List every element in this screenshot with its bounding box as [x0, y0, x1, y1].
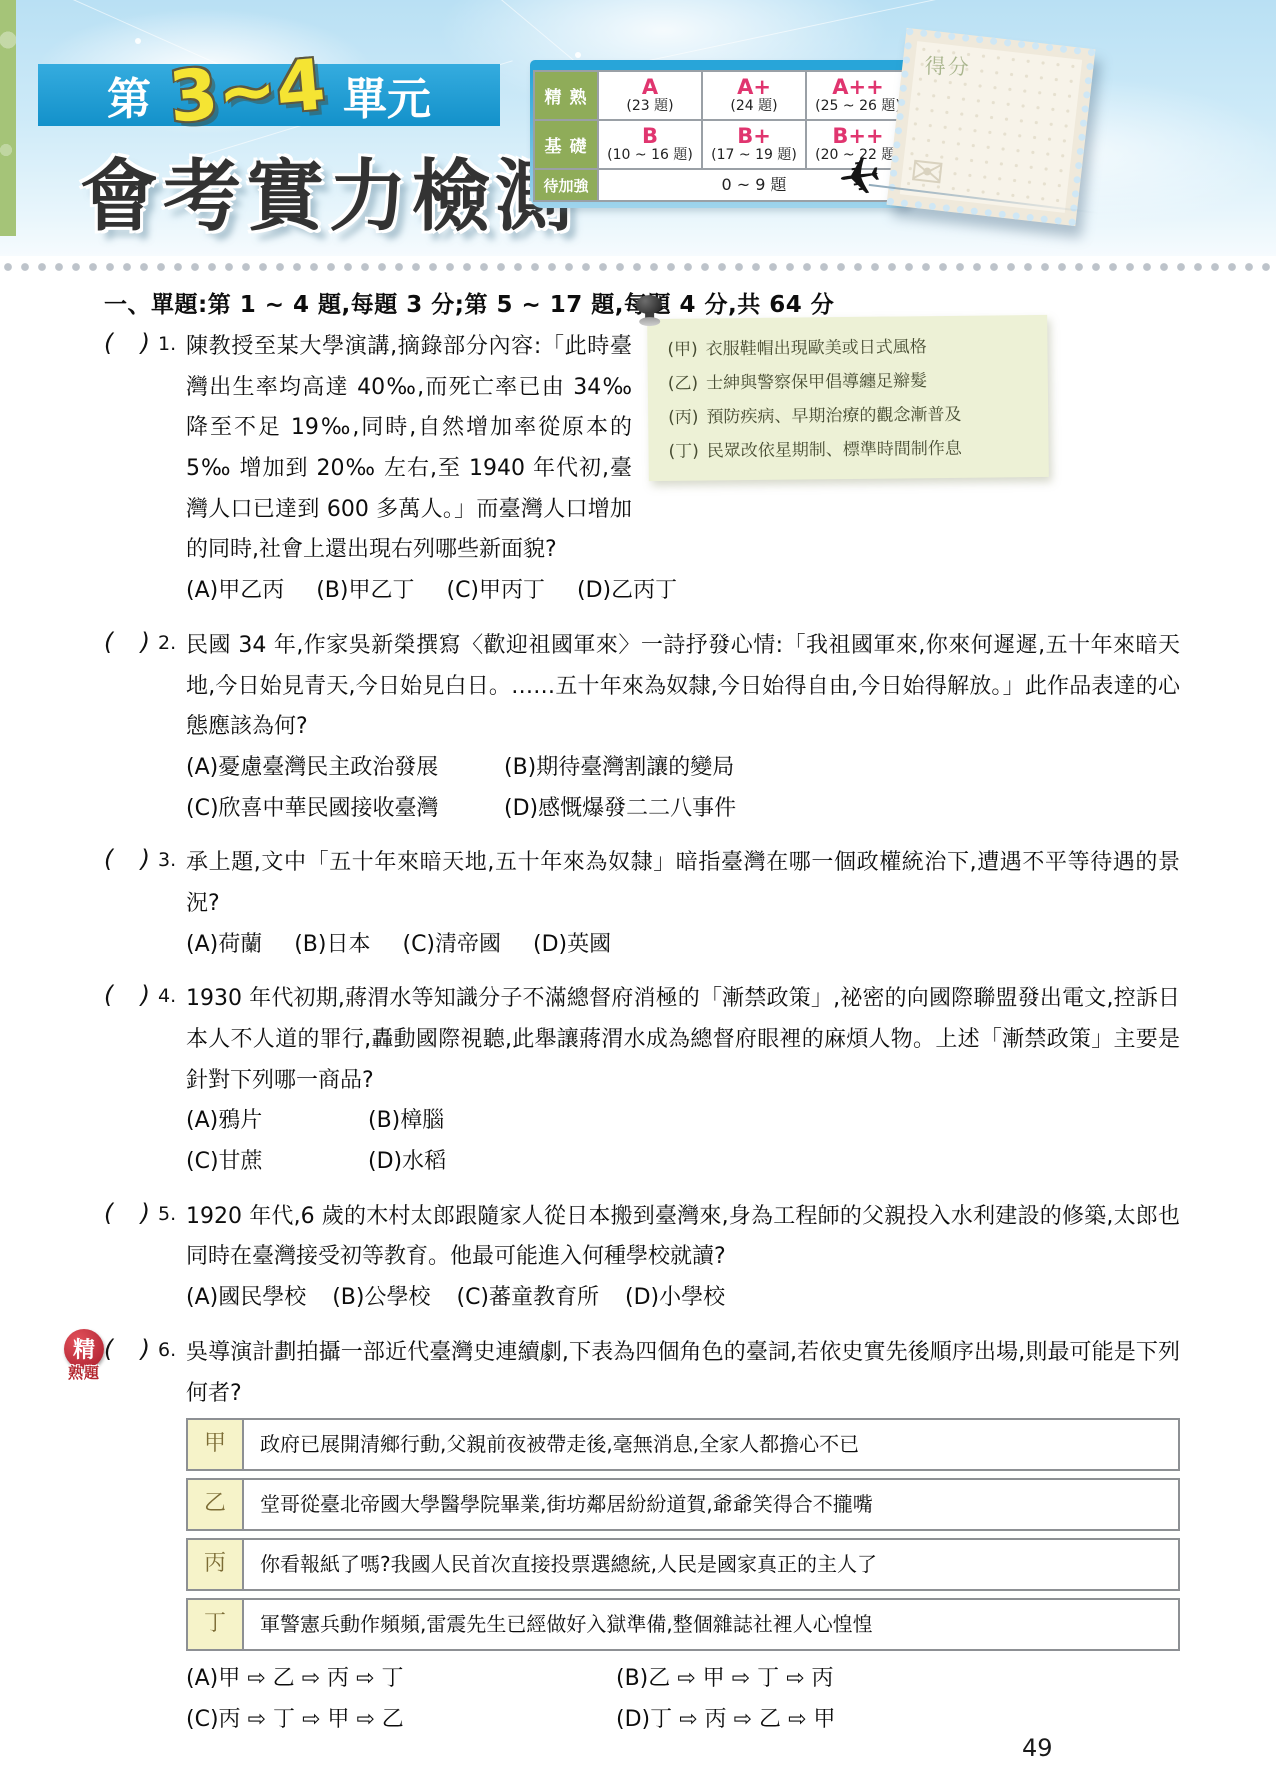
dialogue-table: 甲 政府已展開清鄉行動,父親前夜被帶走後,毫無消息,全家人都擔心不已 乙 堂哥從…	[186, 1418, 1180, 1651]
question-6: 精 熟題 () 6. 吳導演計劃拍攝一部近代臺灣史連續劇,下表為四個角色的臺詞,…	[104, 1333, 1180, 1741]
question-number: 2.	[158, 626, 186, 829]
option-c: (C)丙 ⇨ 丁 ⇨ 甲 ⇨ 乙	[186, 1700, 584, 1741]
question-number: 3.	[158, 843, 186, 965]
table-row: 丙 你看報紙了嗎?我國人民首次直接投票選總統,人民是國家真正的主人了	[186, 1538, 1180, 1591]
question-body: 1930 年代初期,蔣渭水等知識分子不滿總督府消極的「漸禁政策」,祕密的向國際聯…	[186, 979, 1180, 1182]
note-item-key: (丙)	[668, 401, 699, 435]
mastery-badge: 精 熟題	[56, 1329, 112, 1383]
question-body: 承上題,文中「五十年來暗天地,五十年來為奴隸」暗指臺灣在哪一個政權統治下,遭遇不…	[186, 843, 1180, 965]
table-row-key: 乙	[188, 1480, 244, 1529]
network-dot-decoration	[575, 52, 581, 58]
note-paper: (甲) 衣服鞋帽出現歐美或日式風格 (乙) 士紳與警察保甲倡導纏足辮髮 (丙) …	[647, 315, 1049, 481]
grade-cell: B (10 ~ 16 題)	[598, 120, 702, 169]
question-number: 6.	[158, 1333, 186, 1741]
bracket-close: )	[141, 329, 150, 612]
grade-row-label: 待加強	[534, 169, 598, 201]
question-text: 承上題,文中「五十年來暗天地,五十年來為奴隸」暗指臺灣在哪一個政權統治下,遭遇不…	[186, 843, 1180, 924]
unit-suffix: 單元	[343, 63, 431, 127]
grade-count: (23 題)	[599, 98, 701, 115]
answer-bracket: ()	[104, 327, 150, 612]
answer-bracket: ()	[104, 843, 150, 965]
grade-cell: A++ (25 ~ 26 題)	[806, 71, 910, 120]
table-row-text: 你看報紙了嗎?我國人民首次直接投票選總統,人民是國家真正的主人了	[244, 1540, 887, 1589]
grade-letter: B+	[703, 125, 805, 147]
mastery-badge-label: 熟題	[56, 1362, 112, 1383]
left-edge-decoration	[0, 0, 16, 236]
option-b: (B)期待臺灣割讓的變局	[504, 748, 1180, 789]
option-b: (B)日本	[294, 925, 370, 966]
bracket-open: (	[104, 981, 113, 1182]
option-c: (C)蕃童教育所	[456, 1278, 599, 1319]
option-d: (D)水稻	[368, 1142, 1180, 1183]
note-item-key: (丁)	[668, 435, 699, 469]
question-4: () 4. 1930 年代初期,蔣渭水等知識分子不滿總督府消極的「漸禁政策」,祕…	[104, 979, 1180, 1182]
option-a: (A)憂慮臺灣民主政治發展	[186, 748, 472, 789]
note-item-key: (乙)	[668, 367, 699, 401]
bracket-close: )	[141, 845, 150, 965]
grade-letter: A+	[703, 76, 805, 98]
note-item: (丙) 預防疾病、早期治療的觀念漸普及	[668, 397, 1032, 435]
table-row: 甲 政府已展開清鄉行動,父親前夜被帶走後,毫無消息,全家人都擔心不已	[186, 1418, 1180, 1471]
question-text: 吳導演計劃拍攝一部近代臺灣史連續劇,下表為四個角色的臺詞,若依史實先後順序出場,…	[186, 1333, 1180, 1414]
option-b: (B)公學校	[332, 1278, 430, 1319]
bracket-open: (	[104, 628, 113, 829]
page-header: 第 3~4 單元 會考實力檢測 精 熟 A (23 題) A+ (24 題)	[0, 0, 1276, 256]
workbook-page: 第 3~4 單元 會考實力檢測 精 熟 A (23 題) A+ (24 題)	[0, 0, 1276, 1790]
grade-row-label: 精 熟	[534, 71, 598, 120]
question-text: 1930 年代初期,蔣渭水等知識分子不滿總督府消極的「漸禁政策」,祕密的向國際聯…	[186, 979, 1180, 1101]
option-c: (C)甘蔗	[186, 1142, 336, 1183]
grade-cell: B+ (17 ~ 19 題)	[702, 120, 806, 169]
table-row: 乙 堂哥從臺北帝國大學醫學院畢業,街坊鄰居紛紛道賀,爺爺笑得合不攏嘴	[186, 1478, 1180, 1531]
grade-count: (17 ~ 19 題)	[703, 147, 805, 164]
options-row: (A)甲 ⇨ 乙 ⇨ 丙 ⇨ 丁 (B)乙 ⇨ 甲 ⇨ 丁 ⇨ 丙	[186, 1659, 1180, 1700]
note-item-text: 士紳與警察保甲倡導纏足辮髮	[706, 364, 927, 400]
grade-count: (25 ~ 26 題)	[807, 98, 909, 115]
question-2: () 2. 民國 34 年,作家吳新榮撰寫〈歡迎祖國軍來〉一詩抒發心情:「我祖國…	[104, 626, 1180, 829]
question-body: 1920 年代,6 歲的木村太郎跟隨家人從日本搬到臺灣來,身為工程師的父親投入水…	[186, 1197, 1180, 1319]
option-a: (A)甲乙丙	[186, 571, 284, 612]
question-section: 一、單題:第 1 ~ 4 題,每題 3 分;第 5 ~ 17 題,每題 4 分,…	[0, 276, 1276, 1741]
option-d: (D)丁 ⇨ 丙 ⇨ 乙 ⇨ 甲	[616, 1700, 1180, 1741]
unit-prefix: 第	[107, 63, 151, 127]
network-line-decoration	[643, 0, 937, 62]
unit-banner: 第 3~4 單元	[38, 64, 500, 126]
option-a: (A)荷蘭	[186, 925, 262, 966]
grade-row-label: 基 礎	[534, 120, 598, 169]
note-item-text: 民眾改依星期制、標準時間制作息	[707, 432, 962, 469]
table-row: 丁 軍警憲兵動作頻頻,雷震先生已經做好入獄準備,整個雜誌社裡人心惶惶	[186, 1598, 1180, 1651]
bracket-open: (	[104, 1199, 113, 1319]
answer-bracket: ()	[104, 979, 150, 1182]
grade-count: (10 ~ 16 題)	[599, 147, 701, 164]
pushpin-icon	[635, 295, 663, 326]
question-text: 1920 年代,6 歲的木村太郎跟隨家人從日本搬到臺灣來,身為工程師的父親投入水…	[186, 1197, 1180, 1278]
bracket-open: (	[104, 329, 113, 612]
answer-bracket: ()	[104, 626, 150, 829]
options-row: (A)國民學校 (B)公學校 (C)蕃童教育所 (D)小學校	[186, 1278, 1180, 1319]
options-row: (C)欣喜中華民國接收臺灣 (D)感慨爆發二二八事件	[186, 789, 1180, 830]
question-1: () 1. (甲) 衣服鞋帽出現歐美或日式風格 (乙) 士紳與警察保甲倡導纏足辮…	[104, 327, 1180, 612]
option-d: (D)感慨爆發二二八事件	[504, 789, 1180, 830]
bracket-open: (	[104, 1335, 113, 1741]
answer-bracket: ()	[104, 1197, 150, 1319]
table-row-key: 丙	[188, 1540, 244, 1589]
table-row-key: 丁	[188, 1600, 244, 1649]
option-c: (C)甲丙丁	[446, 571, 545, 612]
envelope-icon: ✉	[908, 151, 946, 195]
option-c: (C)欣喜中華民國接收臺灣	[186, 789, 472, 830]
grade-letter: A++	[807, 76, 909, 98]
grade-cell: A (23 題)	[598, 71, 702, 120]
grade-cell: A+ (24 題)	[702, 71, 806, 120]
page-number: 49	[1022, 1734, 1053, 1762]
score-stamp-inner: 得分 ✉	[900, 41, 1082, 213]
option-d: (D)小學校	[625, 1278, 725, 1319]
score-label: 得分	[924, 50, 971, 81]
grade-letter: A	[599, 76, 701, 98]
table-row-key: 甲	[188, 1420, 244, 1469]
note-item-text: 衣服鞋帽出現歐美或日式風格	[706, 330, 927, 366]
note-item-text: 預防疾病、早期治療的觀念漸普及	[706, 398, 961, 435]
answer-bracket: ()	[104, 1333, 150, 1741]
table-row-text: 軍警憲兵動作頻頻,雷震先生已經做好入獄準備,整個雜誌社裡人心惶惶	[244, 1600, 883, 1649]
dotted-divider	[0, 258, 1276, 276]
grade-row-proficient: 精 熟 A (23 題) A+ (24 題) A++ (25 ~ 26 題)	[534, 71, 910, 120]
question-number: 5.	[158, 1197, 186, 1319]
question-body: 吳導演計劃拍攝一部近代臺灣史連續劇,下表為四個角色的臺詞,若依史實先後順序出場,…	[186, 1333, 1180, 1741]
option-d: (D)英國	[533, 925, 611, 966]
question-number: 4.	[158, 979, 186, 1182]
question-body: 民國 34 年,作家吳新榮撰寫〈歡迎祖國軍來〉一詩抒發心情:「我祖國軍來,你來何…	[186, 626, 1180, 829]
options-row: (C)甘蔗 (D)水稻	[186, 1142, 1180, 1183]
option-a: (A)甲 ⇨ 乙 ⇨ 丙 ⇨ 丁	[186, 1659, 584, 1700]
option-c: (C)清帝國	[402, 925, 501, 966]
question-text: 民國 34 年,作家吳新榮撰寫〈歡迎祖國軍來〉一詩抒發心情:「我祖國軍來,你來何…	[186, 626, 1180, 748]
note-item: (甲) 衣服鞋帽出現歐美或日式風格	[667, 329, 1031, 367]
option-a: (A)鴉片	[186, 1101, 336, 1142]
note-item-key: (甲)	[667, 333, 698, 367]
score-stamp: 得分 ✉	[887, 28, 1096, 226]
table-row-text: 政府已展開清鄉行動,父親前夜被帶走後,毫無消息,全家人都擔心不已	[244, 1420, 869, 1469]
option-b: (B)乙 ⇨ 甲 ⇨ 丁 ⇨ 丙	[616, 1659, 1180, 1700]
question-5: () 5. 1920 年代,6 歲的木村太郎跟隨家人從日本搬到臺灣來,身為工程師…	[104, 1197, 1180, 1319]
bracket-close: )	[141, 1335, 150, 1741]
page-title: 會考實力檢測	[80, 134, 578, 246]
question-body: (甲) 衣服鞋帽出現歐美或日式風格 (乙) 士紳與警察保甲倡導纏足辮髮 (丙) …	[186, 327, 1180, 612]
network-dot-decoration	[135, 38, 141, 44]
question-3: () 3. 承上題,文中「五十年來暗天地,五十年來為奴隸」暗指臺灣在哪一個政權統…	[104, 843, 1180, 965]
options-row: (A)鴉片 (B)樟腦	[186, 1101, 1180, 1142]
option-b: (B)甲乙丁	[316, 571, 414, 612]
grade-letter: B	[599, 125, 701, 147]
bracket-close: )	[141, 628, 150, 829]
bracket-close: )	[141, 1199, 150, 1319]
note-item: (乙) 士紳與警察保甲倡導纏足辮髮	[668, 363, 1032, 401]
options-row: (A)甲乙丙 (B)甲乙丁 (C)甲丙丁 (D)乙丙丁	[186, 571, 1180, 612]
options-row: (A)荷蘭 (B)日本 (C)清帝國 (D)英國	[186, 925, 1180, 966]
question-number: 1.	[158, 327, 186, 612]
bracket-open: (	[104, 845, 113, 965]
grade-count: (24 題)	[703, 98, 805, 115]
unit-number: 3~4	[166, 49, 328, 132]
options-row: (A)憂慮臺灣民主政治發展 (B)期待臺灣割讓的變局	[186, 748, 1180, 789]
option-d: (D)乙丙丁	[577, 571, 677, 612]
airplane-icon: ✈	[834, 145, 886, 210]
note-item: (丁) 民眾改依星期制、標準時間制作息	[668, 431, 1032, 469]
bracket-close: )	[141, 981, 150, 1182]
table-row-text: 堂哥從臺北帝國大學醫學院畢業,街坊鄰居紛紛道賀,爺爺笑得合不攏嘴	[244, 1480, 883, 1529]
option-a: (A)國民學校	[186, 1278, 306, 1319]
option-b: (B)樟腦	[368, 1101, 1180, 1142]
